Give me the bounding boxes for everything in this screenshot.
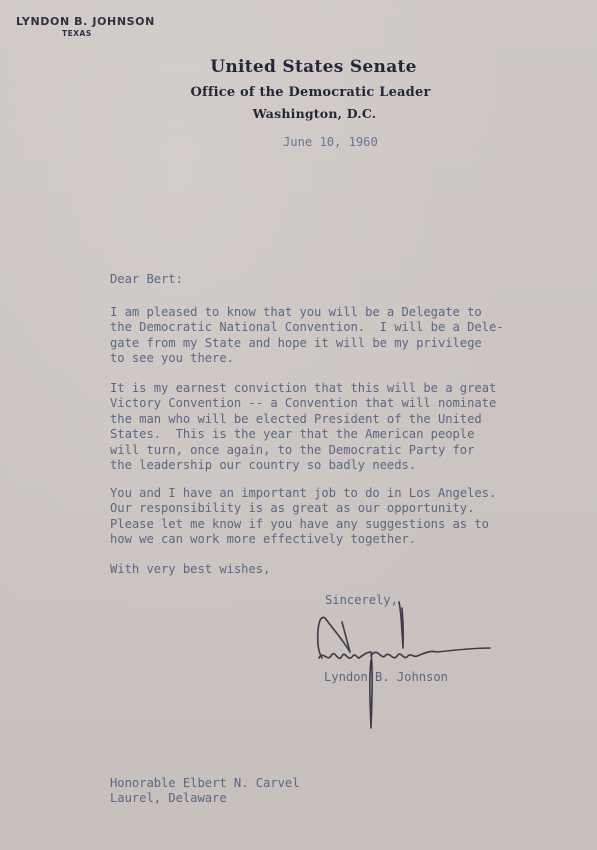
typed-signature-name: Lyndon B. Johnson bbox=[324, 670, 448, 685]
closing-wishes: With very best wishes, bbox=[110, 562, 270, 577]
letterhead-office-line-3: Washington, D.C. bbox=[16, 106, 597, 121]
recipient-address: Honorable Elbert N. Carvel Laurel, Delaw… bbox=[110, 776, 299, 807]
letterhead-sender-name: LYNDON B. JOHNSON bbox=[16, 15, 155, 28]
letterhead-office-line-1: United States Senate bbox=[15, 57, 597, 77]
letter-date: June 10, 1960 bbox=[283, 135, 378, 150]
letterhead-sender-state: TEXAS bbox=[62, 29, 92, 38]
letterhead-office-line-2: Office of the Democratic Leader bbox=[12, 85, 597, 100]
body-paragraph-3: You and I have an important job to do in… bbox=[110, 486, 496, 548]
body-paragraph-1: I am pleased to know that you will be a … bbox=[110, 305, 504, 367]
body-paragraph-2: It is my earnest conviction that this wi… bbox=[110, 381, 496, 473]
salutation: Dear Bert: bbox=[110, 272, 183, 287]
